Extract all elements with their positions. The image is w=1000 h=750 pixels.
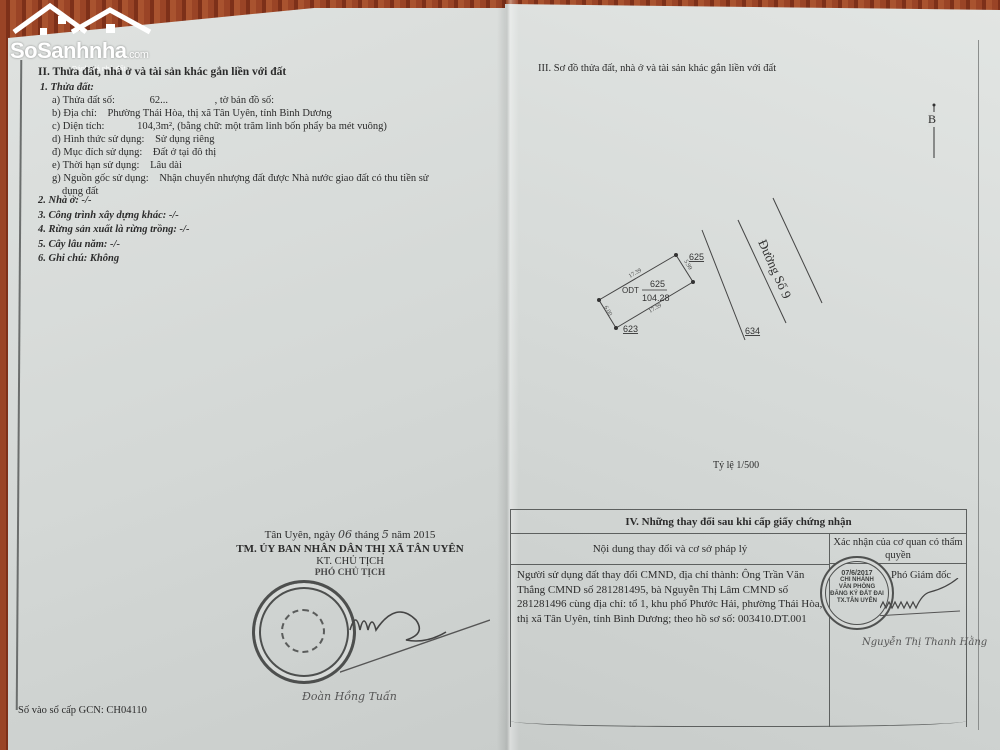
house-row: 2. Nhà ở: -/-	[38, 194, 189, 209]
signer-title: PHÓ CHỦ TỊCH	[205, 568, 495, 579]
section-4-title: IV. Những thay đổi sau khi cấp giấy chứn…	[511, 510, 966, 534]
watermark-brand: SoSanhnha.com	[10, 38, 148, 64]
north-arrow-icon: B	[928, 102, 940, 162]
stamp-text: 07/6/2017 CHI NHÁNH VĂN PHÒNG ĐĂNG KÝ ĐẤ…	[830, 570, 884, 605]
land-heading: 1. Thửa đất:	[40, 81, 500, 94]
other-assets-list: 2. Nhà ở: -/- 3. Công trình xây dựng khá…	[38, 194, 189, 267]
national-emblem-icon	[281, 609, 325, 653]
svg-text:17.39: 17.39	[648, 303, 663, 315]
section-3-title: III. Sơ đồ thửa đất, nhà ở và tài sản kh…	[538, 62, 776, 75]
issue-date: Tân Uyên, ngày 06 tháng 5 năm 2015	[205, 528, 495, 542]
signature-scribble-icon	[340, 590, 490, 690]
usage-origin-row: g) Nguồn gốc sử dụng: Nhận chuyển nhượng…	[40, 172, 500, 185]
approver-name: Nguyễn Thị Thanh Hằng	[862, 636, 987, 649]
section-2-title: II. Thửa đất, nhà ở và tài sản khác gắn …	[38, 66, 286, 79]
address-row: b) Địa chỉ: Phường Thái Hòa, thị xã Tân …	[40, 107, 500, 120]
svg-text:104.28: 104.28	[642, 293, 670, 303]
svg-text:ODT: ODT	[622, 286, 639, 295]
watermark-logo: SoSanhnha.com Đánh giá nhà đất	[10, 2, 160, 62]
changes-column-header: Nội dung thay đổi và cơ sở pháp lý	[511, 534, 830, 565]
area-row: c) Diện tích: 104,3m², (bằng chữ: một tr…	[40, 120, 500, 133]
parcel-number-row: a) Thửa đất số: 62... , tờ bản đồ số:	[40, 94, 500, 107]
parcel-sketch-map: Đường Số 9 17.39 5.99 17.39 6.00 ODT 625…	[560, 190, 880, 370]
issuer-signature-block: Tân Uyên, ngày 06 tháng 5 năm 2015 TM. Ủ…	[205, 528, 495, 579]
map-scale: Tỷ lệ 1/500	[713, 459, 759, 472]
usage-form-row: d) Hình thức sử dụng: Sử dụng riêng	[40, 133, 500, 146]
svg-text:6.00: 6.00	[602, 305, 612, 317]
usage-purpose-row: đ) Mục đích sử dụng: Đất ở tại đô thị	[40, 146, 500, 159]
other-construction-row: 3. Công trình xây dựng khác: -/-	[38, 209, 189, 224]
svg-text:634: 634	[745, 326, 760, 336]
perennial-trees-row: 5. Cây lâu năm: -/-	[38, 238, 189, 253]
notes-row: 6. Ghi chú: Không	[38, 252, 189, 267]
certificate-registry-number: Số vào sổ cấp GCN: CH04110	[18, 704, 147, 717]
issuing-authority: TM. ỦY BAN NHÂN DÂN THỊ XÃ TÂN UYÊN	[205, 542, 495, 556]
approver-signature-icon	[880, 578, 970, 618]
svg-text:623: 623	[623, 324, 638, 334]
signer-role: KT. CHỦ TỊCH	[205, 556, 495, 568]
right-margin-line	[978, 40, 979, 730]
changes-table: IV. Những thay đổi sau khi cấp giấy chứn…	[510, 509, 967, 727]
signer-name: Đoàn Hồng Tuấn	[302, 690, 397, 703]
svg-text:625: 625	[689, 252, 704, 262]
production-forest-row: 4. Rừng sản xuất là rừng trồng: -/-	[38, 223, 189, 238]
change-entry: Người sử dụng đất thay đổi CMND, địa chỉ…	[517, 568, 825, 626]
table-bottom-edge	[511, 720, 966, 727]
svg-text:625: 625	[650, 279, 665, 289]
land-parcel-details: 1. Thửa đất: a) Thửa đất số: 62... , tờ …	[40, 81, 500, 198]
svg-text:17.39: 17.39	[628, 268, 643, 280]
usage-term-row: e) Thời hạn sử dụng: Lâu dài	[40, 159, 500, 172]
